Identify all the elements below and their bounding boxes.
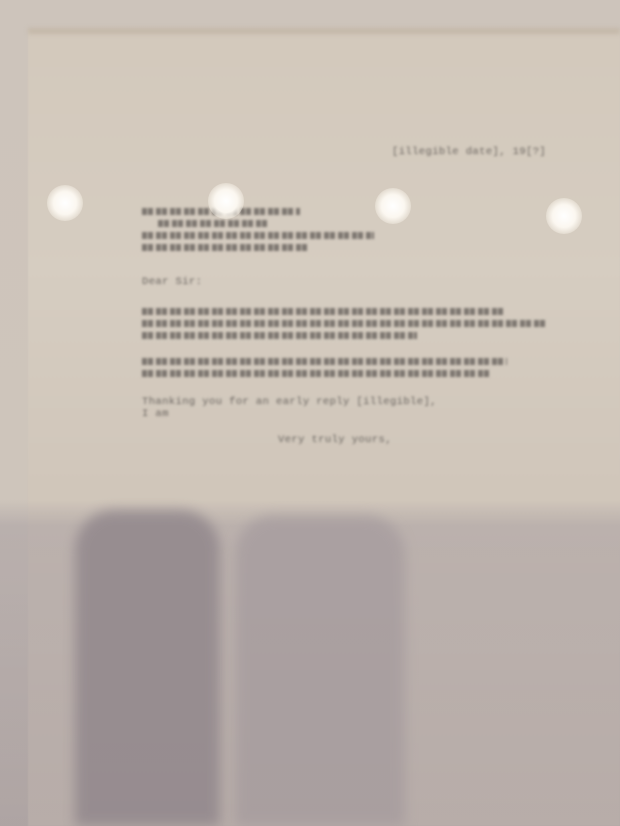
addressee-line [158,220,268,227]
body-line [142,320,546,327]
shadow-figure [235,515,405,826]
salutation: Dear Sir: [142,276,202,288]
closing: Very truly yours, [278,434,392,446]
body-line [142,358,507,365]
glare-spot [47,185,83,221]
body-line [142,308,504,315]
glare-spot [546,198,582,234]
shadow-figure [75,510,220,826]
body-line [142,370,492,377]
addressee-line [142,232,374,239]
closing-paragraph-line: I am [142,408,169,420]
glare-spot [208,183,244,219]
letter-date: [illegible date], 19[?] [392,146,546,158]
closing-paragraph-line: Thanking you for an early reply [illegib… [142,396,437,408]
addressee-line [142,244,307,251]
glare-spot [375,188,411,224]
body-line [142,332,417,339]
